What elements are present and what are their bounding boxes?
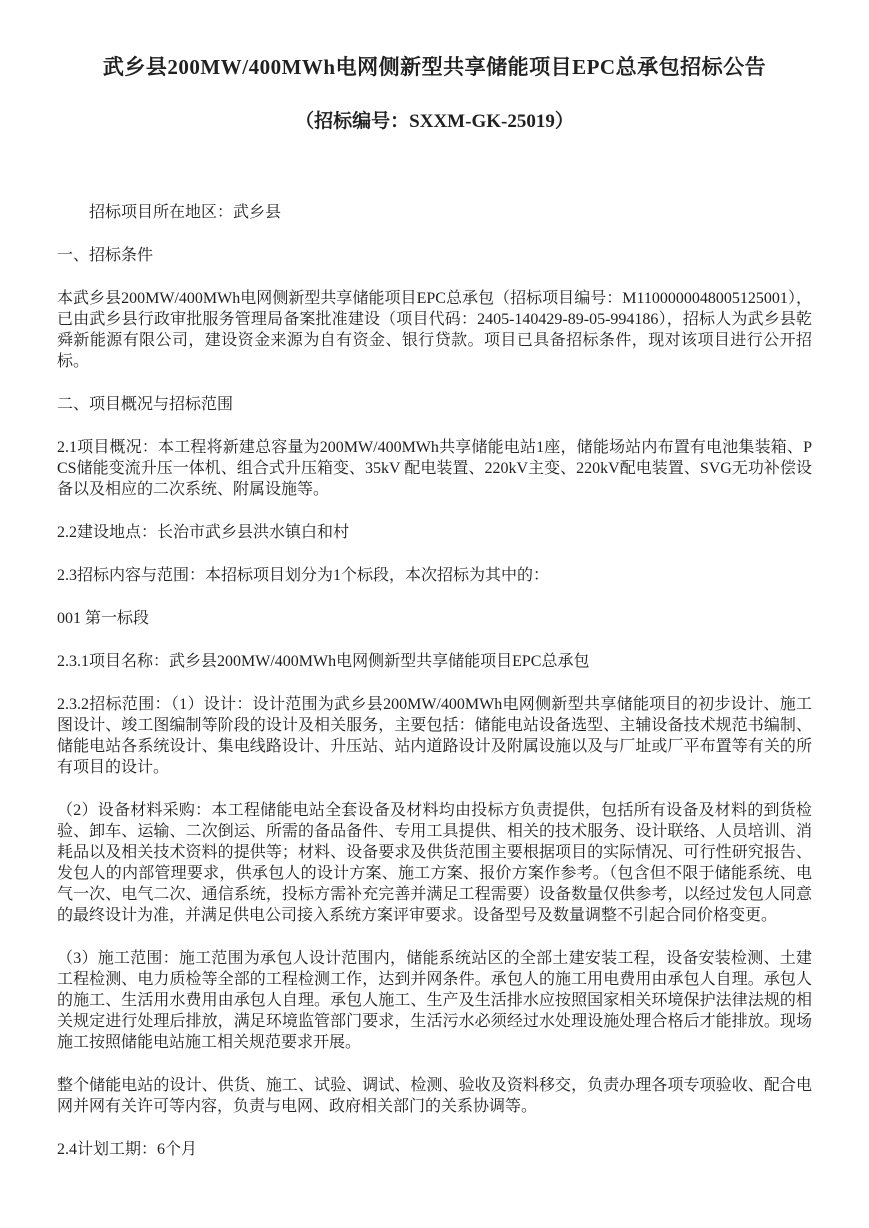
paragraph-bid-content-scope: 2.3招标内容与范围：本招标项目划分为1个标段，本次招标为其中的： bbox=[57, 565, 812, 586]
document-body: 招标项目所在地区：武乡县 一、招标条件 本武乡县200MW/400MWh电网侧新… bbox=[57, 202, 812, 1160]
tender-number-subtitle: （招标编号：SXXM-GK-25019） bbox=[57, 108, 812, 136]
paragraph-planned-duration: 2.4计划工期：6个月 bbox=[57, 1139, 812, 1160]
paragraph-bidding-conditions: 本武乡县200MW/400MWh电网侧新型共享储能项目EPC总承包（招标项目编号… bbox=[57, 288, 812, 372]
document-page: 武乡县200MW/400MWh电网侧新型共享储能项目EPC总承包招标公告 （招标… bbox=[0, 0, 869, 1228]
paragraph-scope-equipment-procurement: （2）设备材料采购：本工程储能电站全套设备及材料均由投标方负责提供，包括所有设备… bbox=[57, 800, 812, 926]
section-heading-bidding-conditions: 一、招标条件 bbox=[57, 245, 812, 266]
paragraph-construction-site: 2.2建设地点：长治市武乡县洪水镇白和村 bbox=[57, 522, 812, 543]
paragraph-project-overview: 2.1项目概况：本工程将新建总容量为200MW/400MWh共享储能电站1座，储… bbox=[57, 437, 812, 500]
paragraph-scope-construction: （3）施工范围：施工范围为承包人设计范围内，储能系统站区的全部土建安装工程，设备… bbox=[57, 948, 812, 1053]
paragraph-scope-design: 2.3.2招标范围：（1）设计：设计范围为武乡县200MW/400MWh电网侧新… bbox=[57, 694, 812, 778]
paragraph-overall-responsibilities: 整个储能电站的设计、供货、施工、试验、调试、检测、验收及资料移交，负责办理各项专… bbox=[57, 1075, 812, 1117]
paragraph-bid-section-001: 001 第一标段 bbox=[57, 608, 812, 629]
tender-region-line: 招标项目所在地区：武乡县 bbox=[57, 202, 812, 223]
section-heading-project-overview: 二、项目概况与招标范围 bbox=[57, 394, 812, 415]
paragraph-project-name: 2.3.1项目名称：武乡县200MW/400MWh电网侧新型共享储能项目EPC总… bbox=[57, 651, 812, 672]
document-title: 武乡县200MW/400MWh电网侧新型共享储能项目EPC总承包招标公告 bbox=[57, 52, 812, 82]
